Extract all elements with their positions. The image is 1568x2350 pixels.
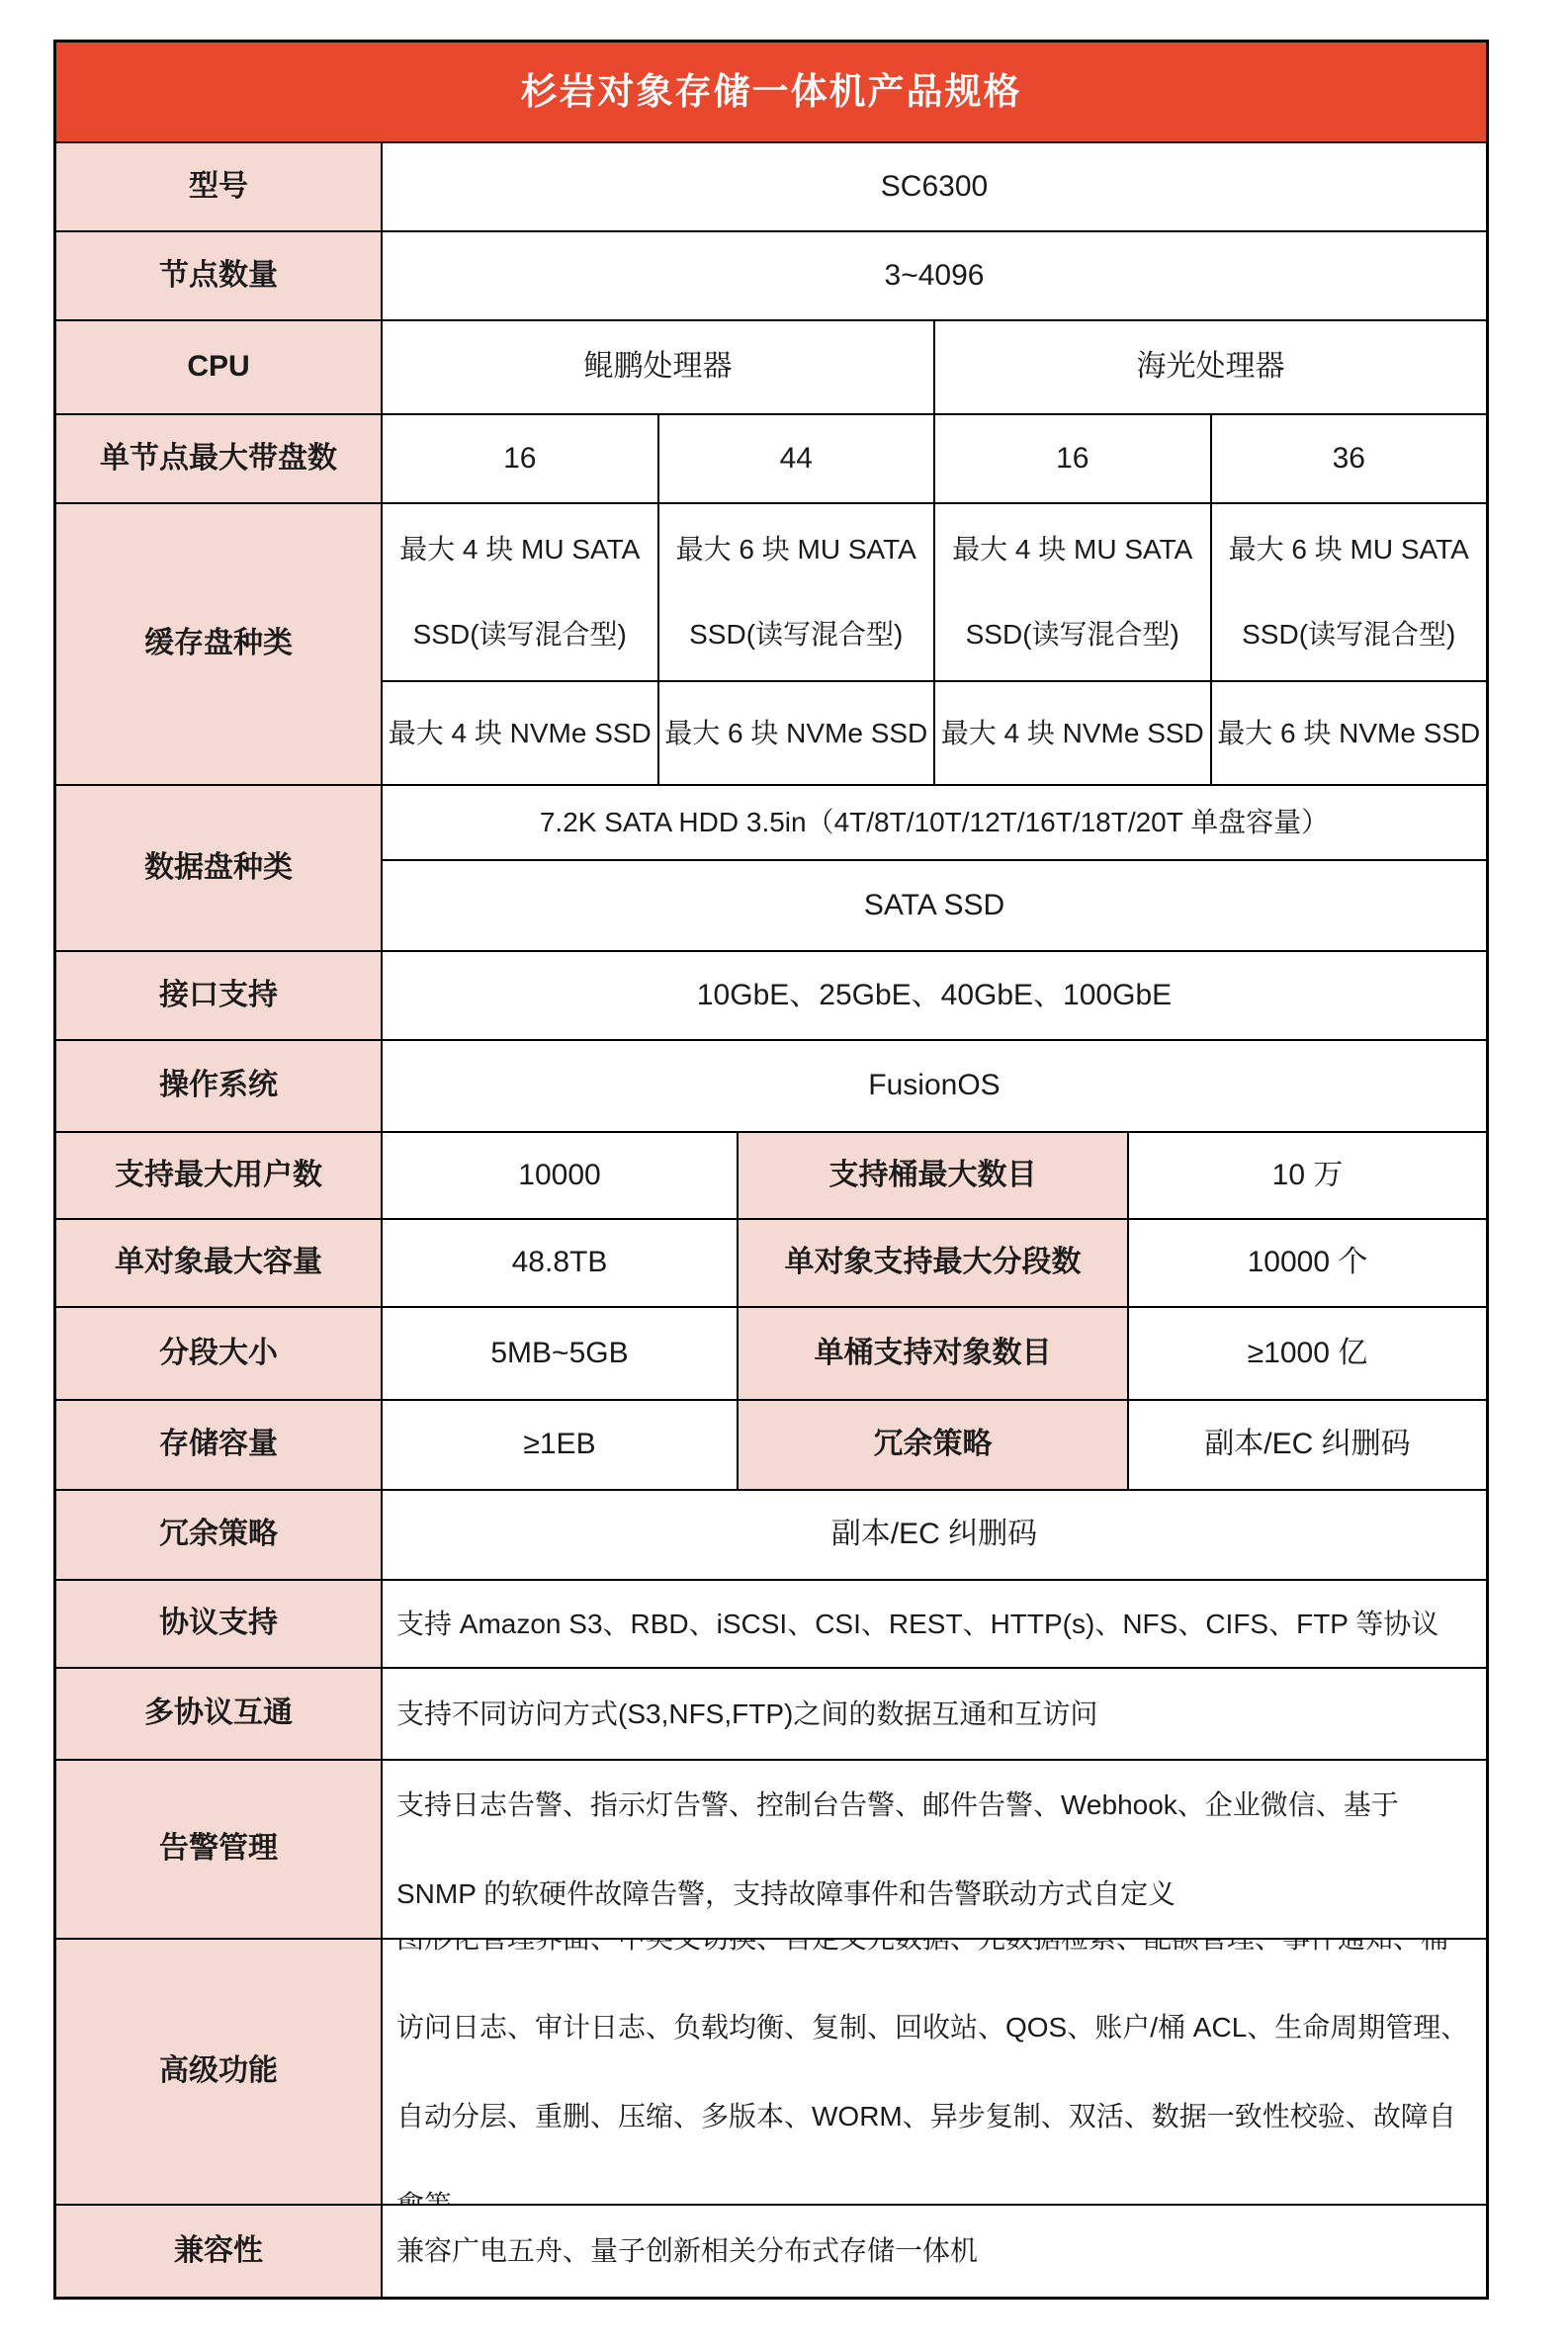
row-label-model: 型号	[56, 143, 383, 230]
row-node-count: 节点数量 3~4096	[56, 232, 1486, 321]
row-value-node-count: 3~4096	[383, 232, 1486, 319]
row-label-node-count: 节点数量	[56, 232, 383, 319]
row-label-redundancy: 冗余策略	[56, 1491, 383, 1579]
cache-sata-col3: 最大 4 块 MU SATA SSD(读写混合型)	[935, 504, 1212, 680]
cpu-kunpeng: 鲲鹏处理器	[383, 321, 935, 413]
row-label-max-buckets: 支持桶最大数目	[739, 1133, 1129, 1218]
row-value-os: FusionOS	[383, 1041, 1486, 1131]
row-label-interfaces: 接口支持	[56, 952, 383, 1039]
row-advanced-features: 高级功能 图形化管理界面、中英文切换、自定义元数据、元数据检索、配额管理、事件通…	[56, 1940, 1486, 2206]
row-data-disk-types: 数据盘种类 7.2K SATA HDD 3.5in（4T/8T/10T/12T/…	[56, 786, 1486, 952]
cache-disk-row-sata: 最大 4 块 MU SATA SSD(读写混合型) 最大 6 块 MU SATA…	[383, 504, 1486, 682]
row-label-objects-per-bucket: 单桶支持对象数目	[739, 1308, 1129, 1399]
row-compatibility: 兼容性 兼容广电五舟、量子创新相关分布式存储一体机	[56, 2206, 1486, 2297]
row-value-max-buckets: 10 万	[1129, 1133, 1486, 1218]
data-disk-ssd: SATA SSD	[383, 861, 1486, 950]
row-label-max-users: 支持最大用户数	[56, 1133, 383, 1218]
row-os: 操作系统 FusionOS	[56, 1041, 1486, 1133]
row-label-advanced-features: 高级功能	[56, 1940, 383, 2204]
row-label-os: 操作系统	[56, 1041, 383, 1131]
cache-nvme-col2: 最大 6 块 NVMe SSD	[659, 682, 936, 784]
row-label-protocols: 协议支持	[56, 1581, 383, 1667]
row-storage-capacity: 存储容量 ≥1EB 冗余策略 副本/EC 纠删码	[56, 1401, 1486, 1491]
row-label-max-segments: 单对象支持最大分段数	[739, 1220, 1129, 1306]
cache-sata-col1: 最大 4 块 MU SATA SSD(读写混合型)	[383, 504, 659, 680]
cache-nvme-col1: 最大 4 块 NVMe SSD	[383, 682, 659, 784]
row-label-data-disk: 数据盘种类	[56, 786, 383, 950]
row-value-model: SC6300	[383, 143, 1486, 230]
row-cpu: CPU 鲲鹏处理器 海光处理器	[56, 321, 1486, 415]
row-label-storage-capacity: 存储容量	[56, 1401, 383, 1489]
max-disks-col3: 16	[935, 415, 1212, 502]
cache-sata-col2: 最大 6 块 MU SATA SSD(读写混合型)	[659, 504, 936, 680]
row-label-cpu: CPU	[56, 321, 383, 413]
cache-disk-subgrid: 最大 4 块 MU SATA SSD(读写混合型) 最大 6 块 MU SATA…	[383, 504, 1486, 784]
row-alert-management: 告警管理 支持日志告警、指示灯告警、控制台告警、邮件告警、Webhook、企业微…	[56, 1761, 1486, 1940]
cache-sata-col4: 最大 6 块 MU SATA SSD(读写混合型)	[1212, 504, 1487, 680]
cpu-hygon: 海光处理器	[935, 321, 1486, 413]
max-disks-col2: 44	[659, 415, 936, 502]
row-protocols: 协议支持 支持 Amazon S3、RBD、iSCSI、CSI、REST、HTT…	[56, 1581, 1486, 1669]
row-value-max-segments: 10000 个	[1129, 1220, 1486, 1306]
data-disk-row-ssd: SATA SSD	[383, 861, 1486, 950]
cache-nvme-col4: 最大 6 块 NVMe SSD	[1212, 682, 1487, 784]
row-label-segment-size: 分段大小	[56, 1308, 383, 1399]
row-label-compatibility: 兼容性	[56, 2206, 383, 2297]
row-value-redundancy-policy: 副本/EC 纠删码	[1129, 1401, 1486, 1489]
table-header-row: 杉岩对象存储一体机产品规格	[56, 43, 1486, 143]
page: 杉岩对象存储一体机产品规格 型号 SC6300 节点数量 3~4096 CPU …	[0, 0, 1568, 2350]
row-value-compatibility: 兼容广电五舟、量子创新相关分布式存储一体机	[383, 2206, 1486, 2297]
data-disk-hdd: 7.2K SATA HDD 3.5in（4T/8T/10T/12T/16T/18…	[383, 786, 1486, 859]
row-segment-size: 分段大小 5MB~5GB 单桶支持对象数目 ≥1000 亿	[56, 1308, 1486, 1401]
row-value-max-object-size: 48.8TB	[383, 1220, 739, 1306]
row-value-objects-per-bucket: ≥1000 亿	[1129, 1308, 1486, 1399]
row-value-max-users: 10000	[383, 1133, 739, 1218]
row-value-storage-capacity: ≥1EB	[383, 1401, 739, 1489]
row-max-disks: 单节点最大带盘数 16 44 16 36	[56, 415, 1486, 504]
cache-disk-row-nvme: 最大 4 块 NVMe SSD 最大 6 块 NVMe SSD 最大 4 块 N…	[383, 682, 1486, 784]
table-title: 杉岩对象存储一体机产品规格	[56, 43, 1486, 141]
data-disk-row-hdd: 7.2K SATA HDD 3.5in（4T/8T/10T/12T/16T/18…	[383, 786, 1486, 861]
row-label-alert-management: 告警管理	[56, 1761, 383, 1938]
row-value-segment-size: 5MB~5GB	[383, 1308, 739, 1399]
row-cache-disk-types: 缓存盘种类 最大 4 块 MU SATA SSD(读写混合型) 最大 6 块 M…	[56, 504, 1486, 786]
row-label-max-object-size: 单对象最大容量	[56, 1220, 383, 1306]
row-redundancy: 冗余策略 副本/EC 纠删码	[56, 1491, 1486, 1581]
row-value-interfaces: 10GbE、25GbE、40GbE、100GbE	[383, 952, 1486, 1039]
row-label-interop: 多协议互通	[56, 1669, 383, 1759]
max-disks-col4: 36	[1212, 415, 1487, 502]
row-value-protocols: 支持 Amazon S3、RBD、iSCSI、CSI、REST、HTTP(s)、…	[383, 1581, 1486, 1667]
row-value-interop: 支持不同访问方式(S3,NFS,FTP)之间的数据互通和互访问	[383, 1669, 1486, 1759]
row-value-redundancy: 副本/EC 纠删码	[383, 1491, 1486, 1579]
row-label-redundancy-policy: 冗余策略	[739, 1401, 1129, 1489]
row-value-alert-management: 支持日志告警、指示灯告警、控制台告警、邮件告警、Webhook、企业微信、基于 …	[383, 1761, 1486, 1938]
product-spec-table: 杉岩对象存储一体机产品规格 型号 SC6300 节点数量 3~4096 CPU …	[53, 40, 1489, 2300]
data-disk-subgrid: 7.2K SATA HDD 3.5in（4T/8T/10T/12T/16T/18…	[383, 786, 1486, 950]
row-label-max-disks: 单节点最大带盘数	[56, 415, 383, 502]
row-value-advanced-features: 图形化管理界面、中英文切换、自定义元数据、元数据检索、配额管理、事件通知、桶访问…	[383, 1940, 1486, 2204]
row-max-object-size: 单对象最大容量 48.8TB 单对象支持最大分段数 10000 个	[56, 1220, 1486, 1308]
row-label-cache-disk: 缓存盘种类	[56, 504, 383, 784]
row-max-users: 支持最大用户数 10000 支持桶最大数目 10 万	[56, 1133, 1486, 1220]
cache-nvme-col3: 最大 4 块 NVMe SSD	[935, 682, 1212, 784]
row-interop: 多协议互通 支持不同访问方式(S3,NFS,FTP)之间的数据互通和互访问	[56, 1669, 1486, 1761]
row-interfaces: 接口支持 10GbE、25GbE、40GbE、100GbE	[56, 952, 1486, 1041]
max-disks-col1: 16	[383, 415, 659, 502]
row-model: 型号 SC6300	[56, 143, 1486, 232]
